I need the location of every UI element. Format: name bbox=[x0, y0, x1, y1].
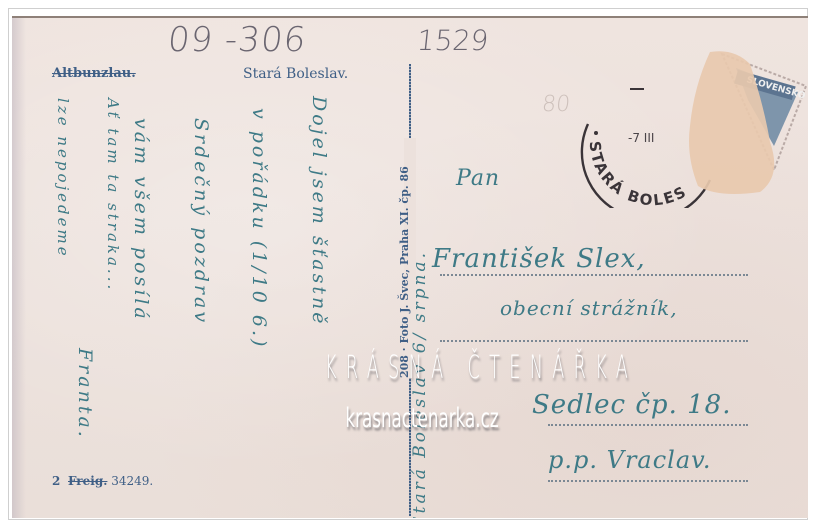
message-line-7: lze nepojedeme bbox=[54, 98, 72, 259]
address-line-1 bbox=[440, 274, 748, 276]
postcard-back: 09 -306 1529 80 Altbunzlau. Stará Bolesl… bbox=[12, 16, 808, 518]
message-line-5: Franta. bbox=[74, 348, 96, 440]
address-salutation: Pan bbox=[456, 166, 500, 191]
pencil-reference-number: 09 -306 bbox=[166, 20, 308, 60]
message-line-1: Dojel jsem šťastně bbox=[308, 96, 330, 326]
address-street: Sedlec čp. 18. bbox=[532, 390, 731, 420]
pencil-catalog-number: 1529 bbox=[415, 24, 490, 57]
address-post: p.p. Vraclav. bbox=[548, 446, 712, 474]
message-line-4: vám všem posílá bbox=[130, 118, 152, 322]
address-title: obecní strážník, bbox=[500, 296, 678, 320]
message-line-3: Srdečný pozdrav bbox=[190, 118, 212, 325]
message-line-2: v pořádku (1/10 6.) bbox=[248, 108, 270, 349]
address-line-3 bbox=[548, 424, 748, 426]
svg-text:-7 III: -7 III bbox=[628, 131, 654, 145]
address-line-4 bbox=[548, 480, 748, 482]
series-label: Freig. bbox=[68, 474, 107, 488]
watermark-title: KRÁSNÁ ČTENÁŘKA bbox=[325, 348, 523, 386]
printed-series-code: 2 Freig. 34249. bbox=[52, 474, 153, 488]
series-code-number: 34249. bbox=[111, 474, 153, 488]
address-name: František Slex, bbox=[432, 244, 646, 274]
printed-place-czech: Stará Boleslav. bbox=[243, 66, 348, 82]
printed-place-german: Altbunzlau. bbox=[52, 66, 136, 81]
address-line-2 bbox=[440, 340, 748, 342]
postage-stamp-icon: SLOVENSKO bbox=[678, 46, 808, 196]
watermark-url[interactable]: krasnactenarka.cz bbox=[341, 403, 502, 434]
pencil-faint-note: 80 bbox=[541, 92, 572, 117]
series-number: 2 bbox=[52, 474, 60, 488]
message-line-6: Ať tam ta straka... bbox=[104, 98, 122, 292]
